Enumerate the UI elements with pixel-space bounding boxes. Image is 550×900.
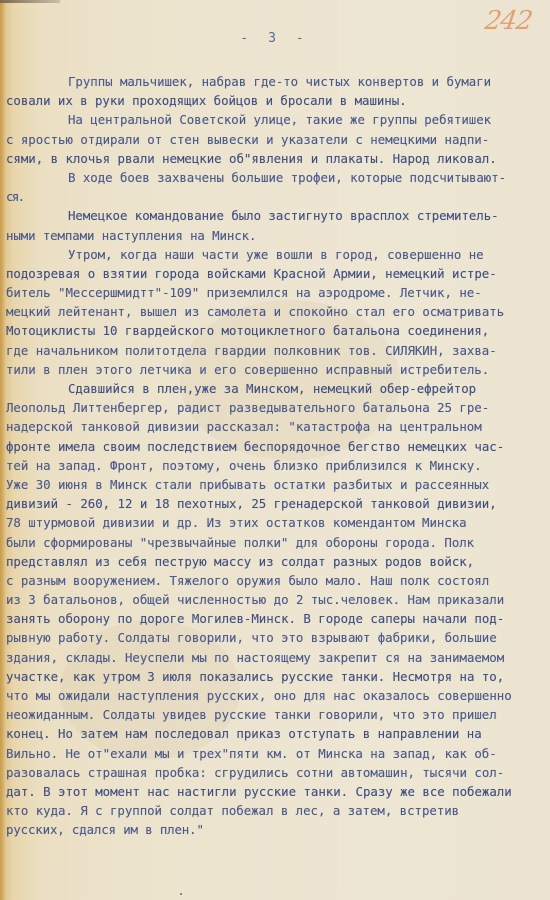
text-line: подозревая о взятии города войсками Крас… — [6, 264, 550, 283]
speck — [180, 893, 182, 895]
text-line: Вильно. Не от"ехали мы и трех"пяти км. о… — [6, 744, 550, 763]
text-line: сями, в клочья рвали немецкие об"явления… — [6, 149, 550, 168]
text-line: представлял из себя пеструю массу из сол… — [6, 552, 550, 571]
text-line: В ходе боев захвачены большие трофеи, ко… — [6, 168, 550, 187]
speck — [96, 405, 98, 407]
text-line: Немецкое командование было застигнуто вр… — [6, 206, 550, 225]
text-line: мецкий лейтенант, вышел из самолета и сп… — [6, 302, 550, 321]
text-line: с разным вооружением. Тяжелого оружия бы… — [6, 571, 550, 590]
text-line: с яростью отдирали от стен вывески и ука… — [6, 130, 550, 149]
text-line: где начальником политотдела гвардии полк… — [6, 341, 550, 360]
text-line: тей на запад. Фронт, поэтому, очень близ… — [6, 456, 550, 475]
text-line: тили в плен этого летчика и его совершен… — [6, 360, 550, 379]
page-number: - 3 - — [0, 31, 550, 46]
text-line: Группы мальчишек, набрав где-то чистых к… — [6, 72, 550, 91]
text-line: Мотоциклисты 10 гвардейского мотоциклетн… — [6, 321, 550, 340]
text-line: участке, как утром 3 июля показались рус… — [6, 667, 550, 686]
text-line: надерской танковой дивизии рассказал: "к… — [6, 417, 550, 436]
text-line: разовалась страшная пробка: сгрудились с… — [6, 763, 550, 782]
text-line: совали их в руки проходящих бойцов и бро… — [6, 91, 550, 110]
text-line: из 3 батальонов, общей численностью до 2… — [6, 590, 550, 609]
text-line: занять оборону по дороге Могилев-Минск. … — [6, 609, 550, 628]
scan-edge — [0, 0, 60, 3]
text-line: были сформированы "чрезвычайные полки" д… — [6, 533, 550, 552]
document-page: 242 - 3 - Группы мальчишек, набрав где-т… — [0, 0, 550, 900]
text-line: Сдавшийся в плен,уже за Минском, немецки… — [6, 379, 550, 398]
text-line: На центральной Советской улице, такие же… — [6, 110, 550, 129]
text-line: что мы ожидали наступления русских, оно … — [6, 686, 550, 705]
text-line: конец. Но затем нам последовал приказ от… — [6, 724, 550, 743]
text-line: фронте имела своим последствием беспоряд… — [6, 437, 550, 456]
text-line: Утром, когда наши части уже вошли в горо… — [6, 245, 550, 264]
text-line: дат. В этот момент нас настигли русские … — [6, 782, 550, 801]
text-line: кто куда. Я с группой солдат побежал в л… — [6, 801, 550, 820]
typewritten-body: Группы мальчишек, набрав где-то чистых к… — [6, 72, 550, 840]
text-line: Уже 30 июня в Минск стали прибывать оста… — [6, 475, 550, 494]
text-line: Леопольд Литтенбергер, радист разведыват… — [6, 398, 550, 417]
text-line: рывную работу. Солдаты говорили, что это… — [6, 628, 550, 647]
text-line: битель "Мессершмидтт"-109" приземлился н… — [6, 283, 550, 302]
text-line: русских, сдался им в плен." — [6, 820, 550, 839]
text-line: неожиданным. Солдаты увидев русские танк… — [6, 705, 550, 724]
text-line: дивизий - 260, 12 и 18 пехотных, 25 грен… — [6, 494, 550, 513]
text-line: ся. — [6, 187, 550, 206]
text-line: ными темпами наступления на Минск. — [6, 226, 550, 245]
text-line: здания, склады. Неуспели мы по настоящем… — [6, 648, 550, 667]
text-line: 78 штурмовой дивизии и др. Из этих остат… — [6, 513, 550, 532]
